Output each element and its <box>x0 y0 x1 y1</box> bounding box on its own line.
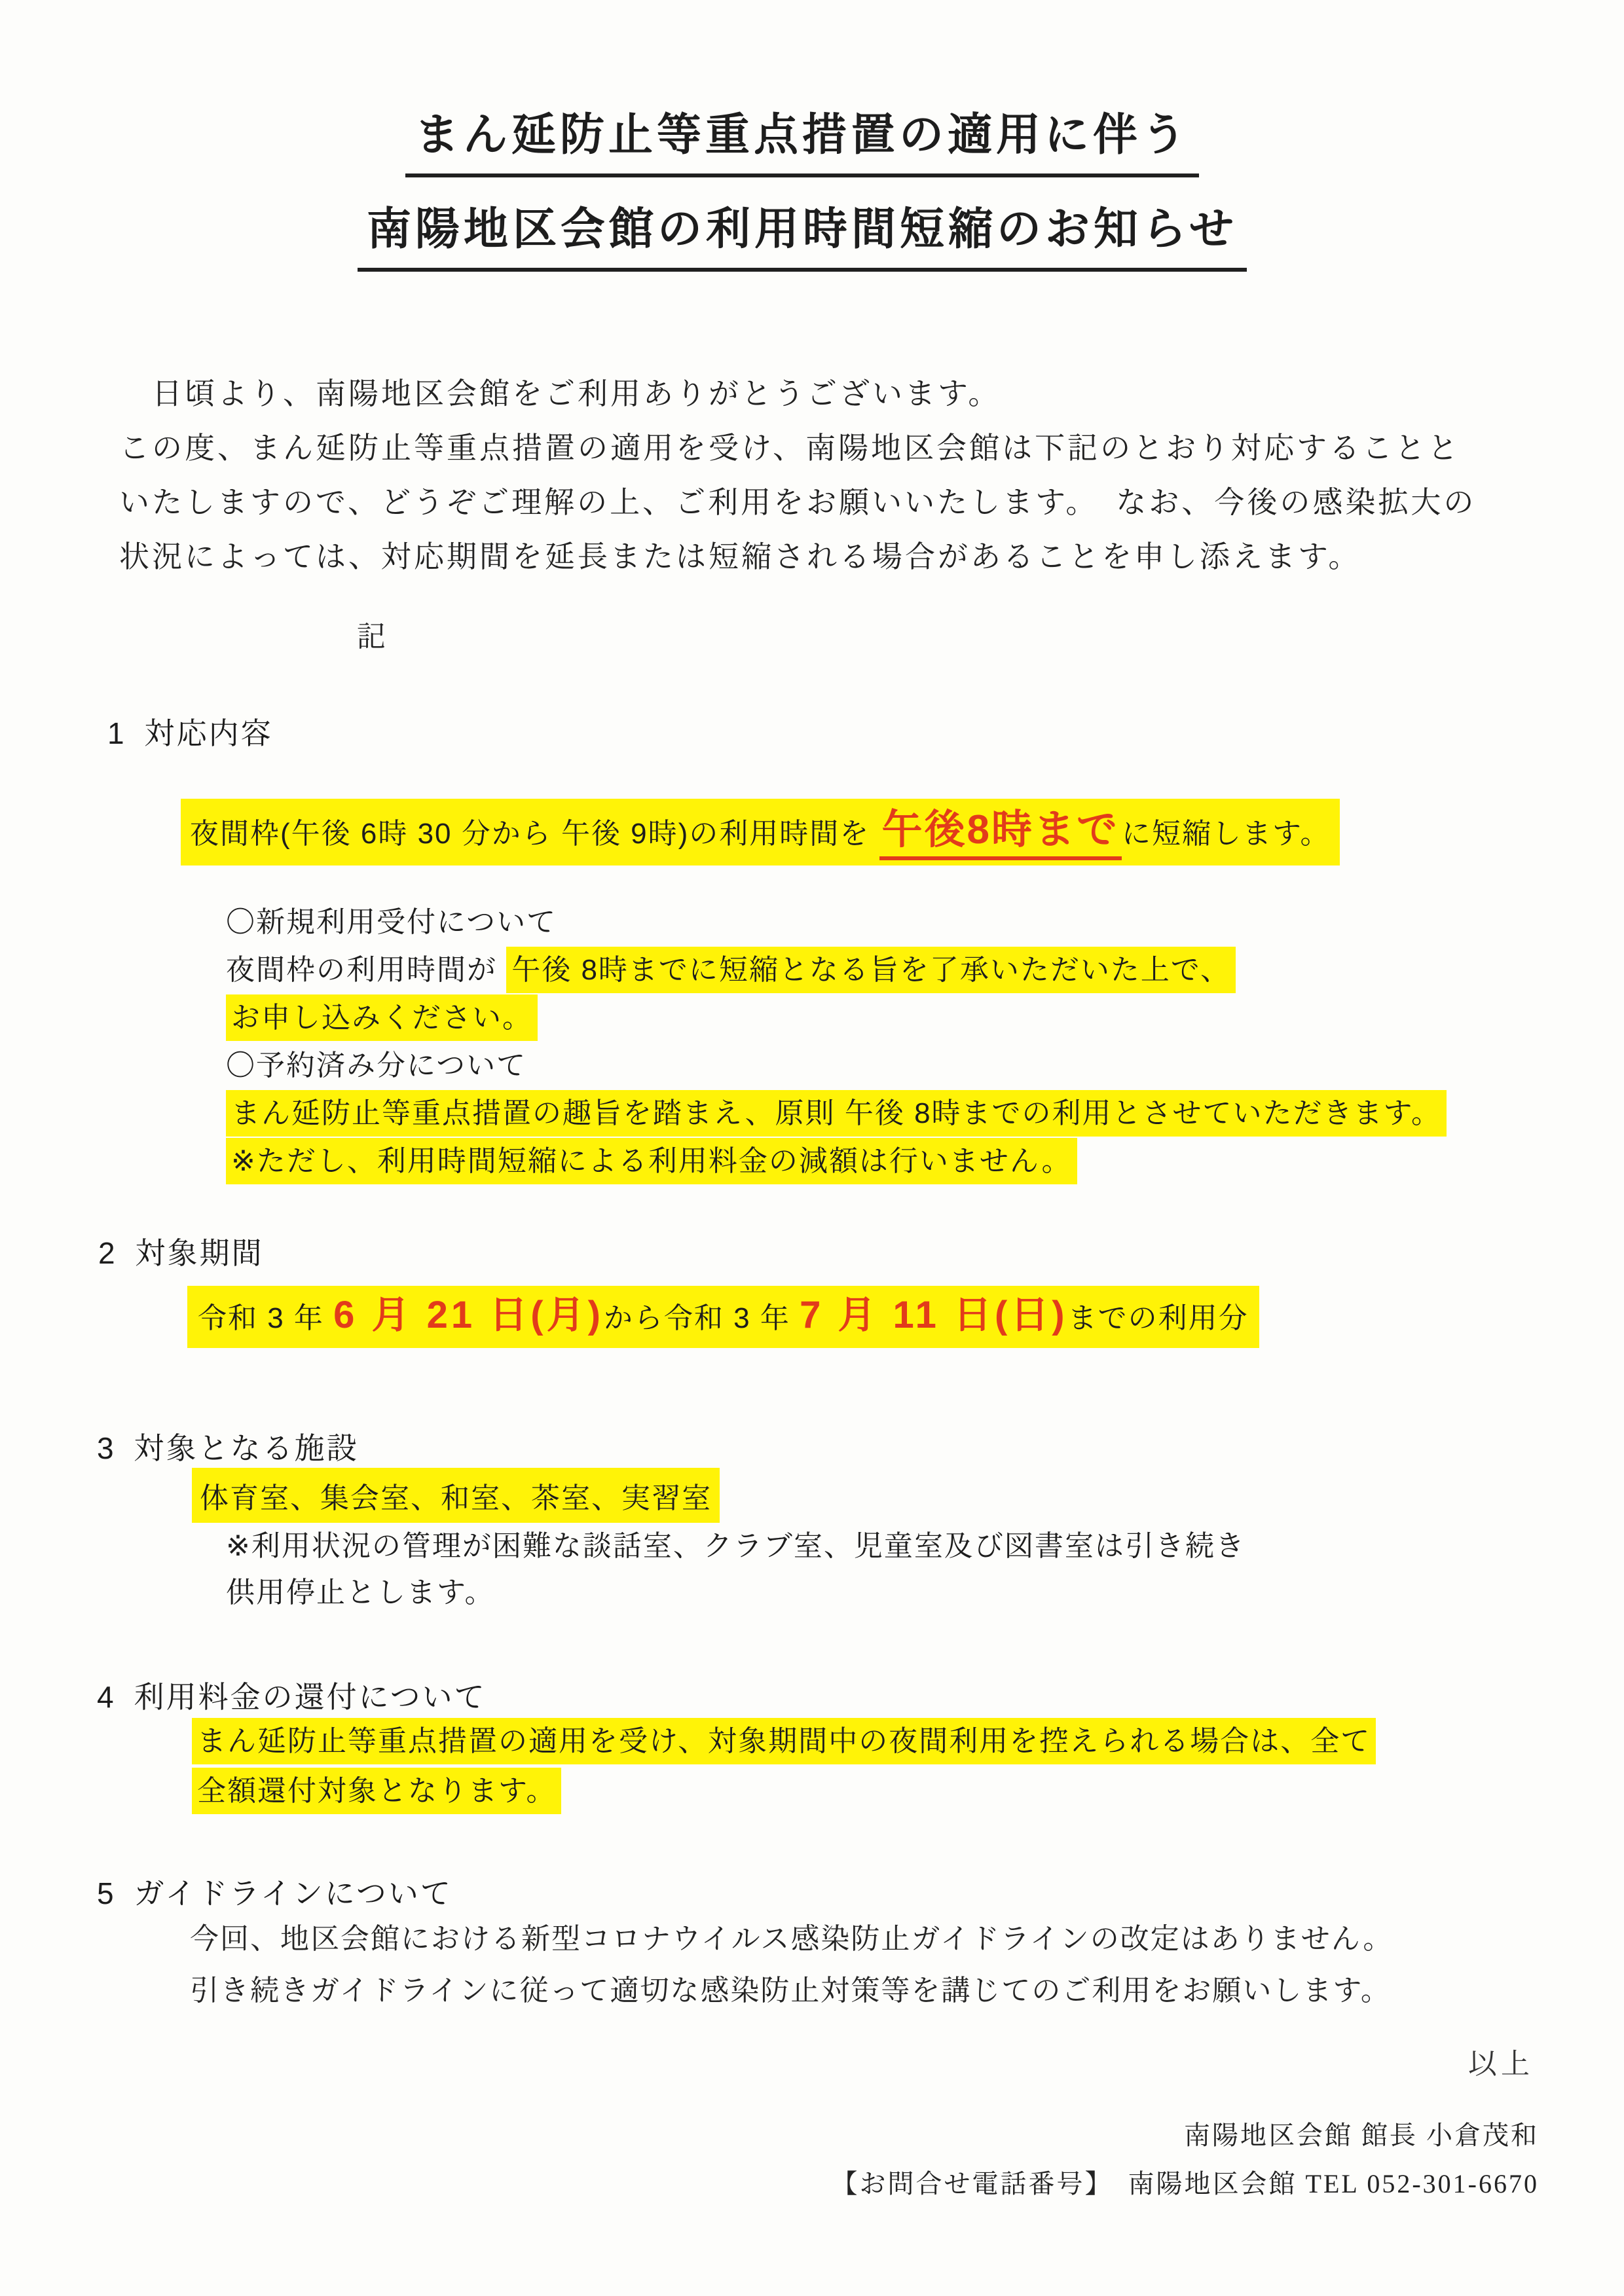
application-request-highlight: お申し込みください。 <box>226 994 538 1041</box>
time-reduction-prefix: 夜間枠(午後 6時 30 分から 午後 9時)の利用時間を <box>190 818 879 850</box>
notice-title-line-2-text: 南陽地区会館の利用時間短縮のお知らせ <box>358 194 1247 272</box>
closing-marker: 以上 <box>1468 2040 1534 2082</box>
intro-line-3: いたしますので、どうぞご理解の上、ご利用をお願いいたします。 なお、今後の感染拡… <box>119 475 1560 530</box>
date-range-suffix: までの利用分 <box>1068 1302 1249 1334</box>
scanned-notice-page: まん延防止等重点措置の適用に伴う 南陽地区会館の利用時間短縮のお知らせ 日頃より… <box>0 0 1624 2296</box>
guideline-line-2: 引き続きガイドラインに従って適切な感染防止対策等を講じてのご利用をお願いします。 <box>190 1965 1393 2016</box>
intro-line-2: この度、まん延防止等重点措置の適用を受け、南陽地区会館は下記のとおり対応すること… <box>119 421 1560 475</box>
end-date: 7 月 11 日(日) <box>800 1294 1068 1336</box>
era-year-prefix: 令和 3 年 <box>198 1302 333 1334</box>
section-2-title: 対象期間 <box>136 1236 264 1270</box>
section-4-title: 利用料金の還付について <box>134 1680 487 1714</box>
application-request-line: お申し込みください。 <box>226 994 1447 1042</box>
section-3-title: 対象となる施設 <box>134 1431 359 1465</box>
start-date: 6 月 21 日(月) <box>333 1294 604 1336</box>
date-range-highlight: 令和 3 年 6 月 21 日(月)から令和 3 年 7 月 11 日(日)まで… <box>187 1286 1259 1348</box>
facility-notes: ※利用状況の管理が困難な談話室、クラブ室、児童室及び図書室は引き続き 供用停止と… <box>226 1523 1246 1616</box>
facility-list-line: 体育室、集会室、和室、茶室、実習室 <box>192 1468 720 1523</box>
section-2-number: 2 <box>98 1235 117 1271</box>
section-1-heading: 1対応内容 <box>107 710 273 753</box>
intro-line-4: 状況によっては、対応期間を延長または短縮される場合があることを申し添えます。 <box>119 530 1560 584</box>
record-marker: 記 <box>357 613 386 655</box>
date-range-connector: から令和 3 年 <box>604 1302 800 1334</box>
reservation-policy-highlight: まん延防止等重点措置の趣旨を踏まえ、原則 午後 8時までの利用とさせていただきま… <box>226 1090 1447 1137</box>
section-1-title: 対応内容 <box>145 716 273 750</box>
section-2-heading: 2対象期間 <box>98 1230 264 1273</box>
bullet-existing-reservations: 〇予約済み分について <box>226 1042 1447 1089</box>
section-5-number: 5 <box>97 1876 116 1911</box>
emphasis-8pm-deadline: 午後8時まで <box>879 807 1122 860</box>
condition-plain-text: 夜間枠の利用時間が <box>226 954 506 986</box>
highlighted-time-reduction-line: 夜間枠(午後 6時 30 分から 午後 9時)の利用時間を 午後8時までに短縮し… <box>181 799 1340 866</box>
section-1-main-highlight-line: 夜間枠(午後 6時 30 分から 午後 9時)の利用時間を 午後8時までに短縮し… <box>181 799 1340 866</box>
section-3-heading: 3対象となる施設 <box>97 1425 359 1468</box>
no-refund-reduction-line: ※ただし、利用時間短縮による利用料金の減額は行いません。 <box>226 1137 1447 1185</box>
intro-line-1: 日頃より、南陽地区会館をご利用ありがとうございます。 <box>119 367 1560 421</box>
reservation-policy-line: まん延防止等重点措置の趣旨を踏まえ、原則 午後 8時までの利用とさせていただきま… <box>226 1089 1447 1137</box>
notice-title-line-2: 南陽地区会館の利用時間短縮のお知らせ <box>0 194 1604 272</box>
target-period-line: 令和 3 年 6 月 21 日(月)から令和 3 年 7 月 11 日(日)まで… <box>187 1286 1259 1348</box>
intro-paragraph: 日頃より、南陽地区会館をご利用ありがとうございます。 この度、まん延防止等重点措… <box>119 367 1560 584</box>
guideline-line-1: 今回、地区会館における新型コロナウイルス感染防止ガイドラインの改定はありません。 <box>190 1913 1393 1965</box>
signature-line: 南陽地区会館 館長 小倉茂和 <box>1184 2115 1539 2152</box>
section-5-title: ガイドラインについて <box>134 1876 452 1910</box>
refund-policy-lines: まん延防止等重点措置の適用を受け、対象期間中の夜間利用を控えられる場合は、全て … <box>192 1717 1376 1816</box>
notice-title-line-1: まん延防止等重点措置の適用に伴う <box>0 100 1604 177</box>
contact-phone-line: 【お問合せ電話番号】 南陽地区会館 TEL 052-301-6670 <box>832 2163 1539 2200</box>
refund-policy-line-2: 全額還付対象となります。 <box>192 1766 1376 1816</box>
bullet-new-applications: 〇新規利用受付について <box>226 898 1447 946</box>
refund-policy-highlight-2: 全額還付対象となります。 <box>192 1768 561 1814</box>
time-reduction-suffix: に短縮します。 <box>1122 818 1330 850</box>
facility-list-highlight: 体育室、集会室、和室、茶室、実習室 <box>192 1468 720 1523</box>
refund-policy-highlight-1: まん延防止等重点措置の適用を受け、対象期間中の夜間利用を控えられる場合は、全て <box>192 1718 1376 1764</box>
new-application-condition-line: 夜間枠の利用時間が 午後 8時までに短縮となる旨を了承いただいた上で、 <box>226 946 1447 994</box>
refund-policy-line-1: まん延防止等重点措置の適用を受け、対象期間中の夜間利用を控えられる場合は、全て <box>192 1717 1376 1766</box>
condition-highlighted-text: 午後 8時までに短縮となる旨を了承いただいた上で、 <box>506 947 1236 993</box>
section-4-number: 4 <box>97 1679 116 1715</box>
section-3-number: 3 <box>97 1430 116 1466</box>
closed-rooms-note-line-2: 供用停止とします。 <box>226 1569 1246 1616</box>
closed-rooms-note-line-1: ※利用状況の管理が困難な談話室、クラブ室、児童室及び図書室は引き続き <box>226 1523 1246 1569</box>
no-refund-reduction-highlight: ※ただし、利用時間短縮による利用料金の減額は行いません。 <box>226 1138 1077 1184</box>
section-5-heading: 5ガイドラインについて <box>97 1870 452 1913</box>
section-1-number: 1 <box>107 716 126 751</box>
guideline-lines: 今回、地区会館における新型コロナウイルス感染防止ガイドラインの改定はありません。… <box>190 1913 1393 2016</box>
section-1-details: 〇新規利用受付について 夜間枠の利用時間が 午後 8時までに短縮となる旨を了承い… <box>226 898 1447 1185</box>
notice-title-line-1-text: まん延防止等重点措置の適用に伴う <box>405 100 1199 177</box>
section-4-heading: 4利用料金の還付について <box>97 1673 487 1717</box>
